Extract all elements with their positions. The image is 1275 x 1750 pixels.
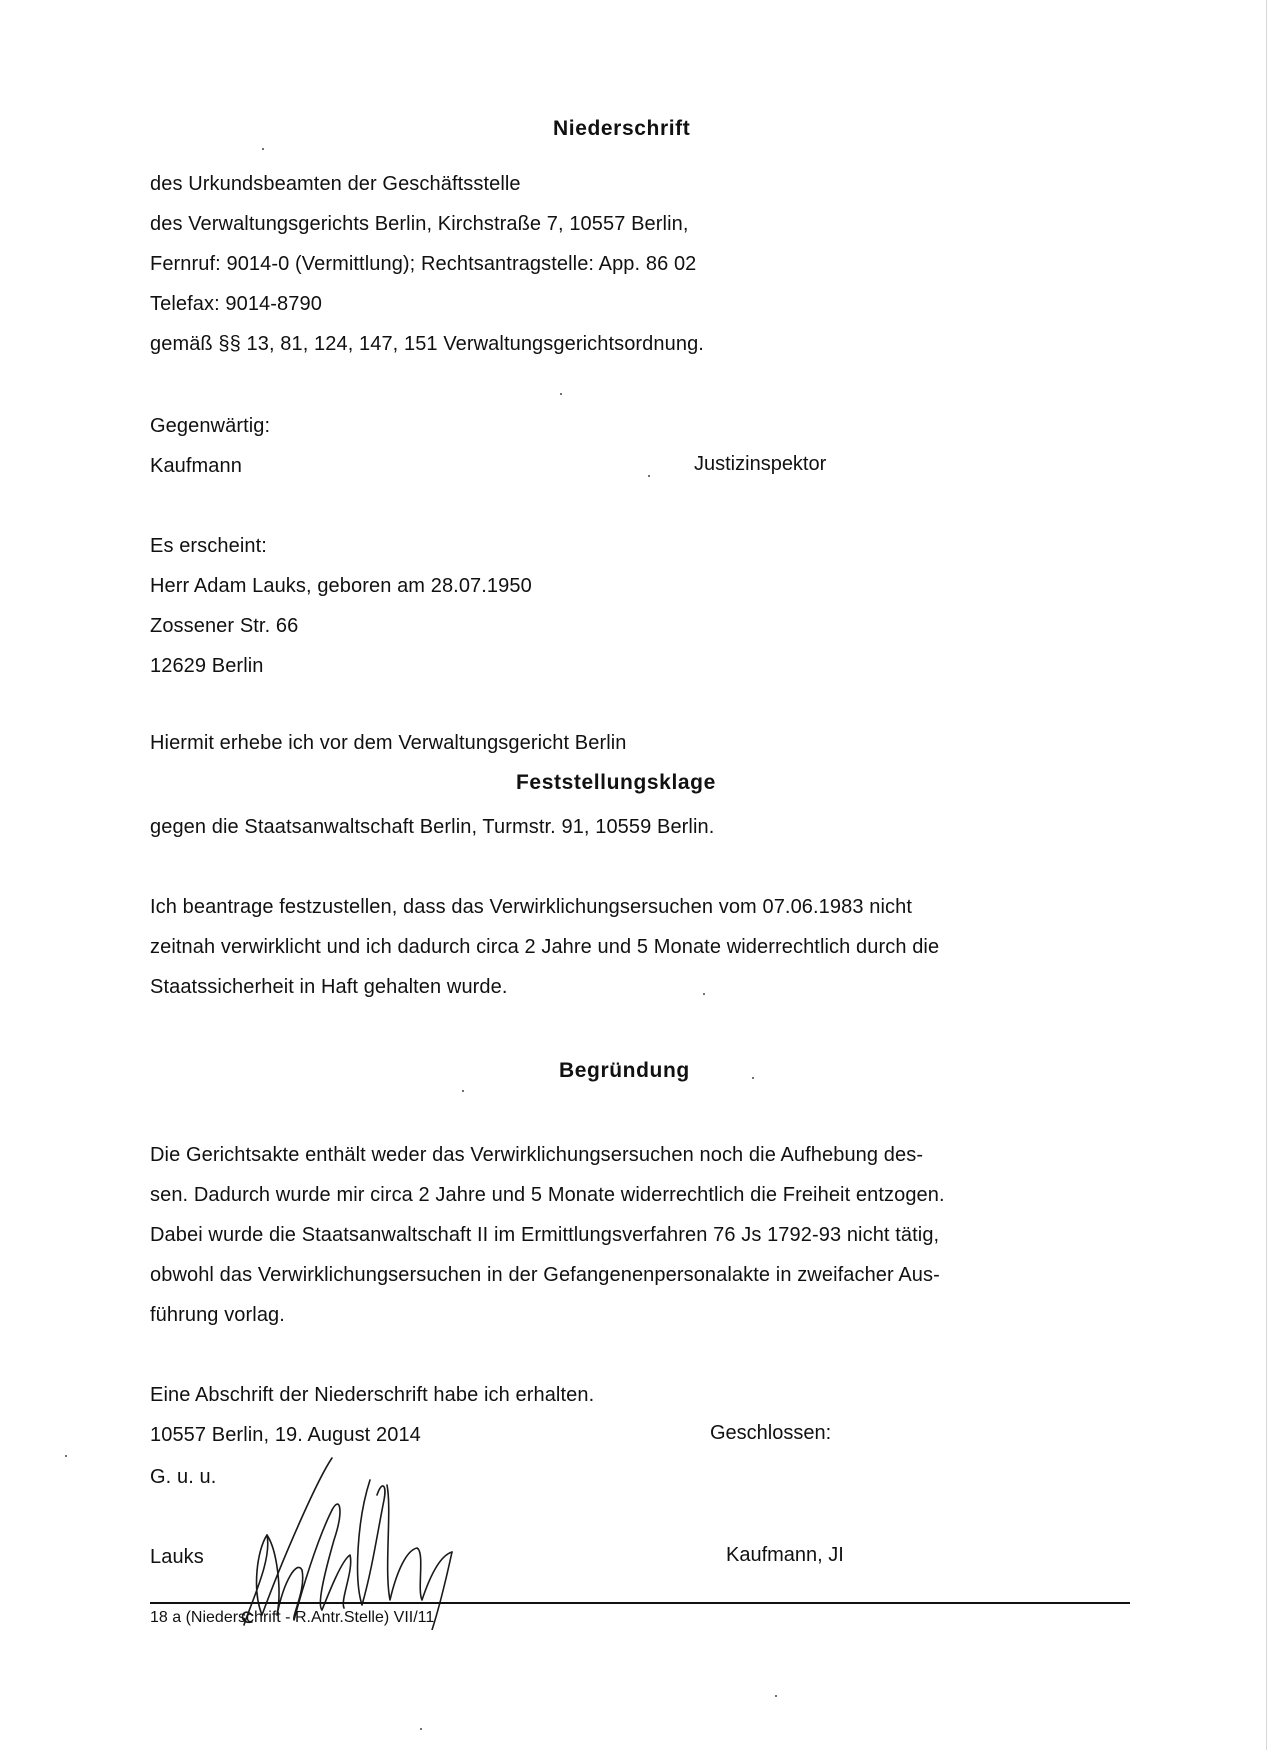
guu-note: G. u. u. bbox=[150, 1465, 216, 1489]
scan-speck bbox=[752, 1077, 754, 1079]
claim-against: gegen die Staatsanwaltschaft Berlin, Tur… bbox=[150, 815, 714, 839]
signer-name: Lauks bbox=[150, 1545, 204, 1569]
scanned-document-page: Niederschrift des Urkundsbeamten der Ges… bbox=[0, 0, 1275, 1750]
scan-edge-line bbox=[1266, 0, 1267, 1750]
appears-person: Herr Adam Lauks, geboren am 28.07.1950 bbox=[150, 574, 532, 598]
scan-speck bbox=[560, 393, 562, 395]
appears-label: Es erscheint: bbox=[150, 534, 267, 558]
scan-speck bbox=[648, 475, 650, 477]
reasoning-line: Die Gerichtsakte enthält weder das Verwi… bbox=[150, 1143, 923, 1167]
header-line: gemäß §§ 13, 81, 124, 147, 151 Verwaltun… bbox=[150, 332, 704, 356]
motion-line: Ich beantrage festzustellen, dass das Ve… bbox=[150, 895, 912, 919]
reasoning-line: sen. Dadurch wurde mir circa 2 Jahre und… bbox=[150, 1183, 945, 1207]
scan-speck bbox=[775, 1695, 777, 1697]
present-name: Kaufmann bbox=[150, 454, 242, 478]
official-name: Kaufmann, JI bbox=[726, 1543, 844, 1567]
receipt-note: Eine Abschrift der Niederschrift habe ic… bbox=[150, 1383, 594, 1407]
claim-type-heading: Feststellungsklage bbox=[516, 770, 716, 796]
header-line: Fernruf: 9014-0 (Vermittlung); Rechtsant… bbox=[150, 252, 696, 276]
present-role: Justizinspektor bbox=[694, 452, 826, 476]
header-line: des Verwaltungsgerichts Berlin, Kirchstr… bbox=[150, 212, 689, 236]
closed-label: Geschlossen: bbox=[710, 1421, 831, 1445]
scan-speck bbox=[65, 1455, 67, 1457]
scan-speck bbox=[262, 148, 264, 150]
header-line: des Urkundsbeamten der Geschäftsstelle bbox=[150, 172, 521, 196]
scan-speck bbox=[420, 1728, 422, 1730]
appears-street: Zossener Str. 66 bbox=[150, 614, 298, 638]
present-label: Gegenwärtig: bbox=[150, 414, 270, 438]
appears-city: 12629 Berlin bbox=[150, 654, 264, 678]
scan-speck bbox=[462, 1090, 464, 1092]
scan-speck bbox=[703, 993, 705, 995]
claim-intro: Hiermit erhebe ich vor dem Verwaltungsge… bbox=[150, 731, 627, 755]
reasoning-line: führung vorlag. bbox=[150, 1303, 285, 1327]
header-line: Telefax: 9014-8790 bbox=[150, 292, 322, 316]
reasoning-line: obwohl das Verwirklichungsersuchen in de… bbox=[150, 1263, 940, 1287]
motion-line: zeitnah verwirklicht und ich dadurch cir… bbox=[150, 935, 939, 959]
form-code: 18 a (Niederschrift - R.Antr.Stelle) VII… bbox=[150, 1608, 434, 1628]
footer-rule bbox=[150, 1602, 1130, 1604]
document-title: Niederschrift bbox=[553, 116, 690, 142]
reasoning-heading: Begründung bbox=[559, 1058, 690, 1084]
motion-line: Staatssicherheit in Haft gehalten wurde. bbox=[150, 975, 508, 999]
reasoning-line: Dabei wurde die Staatsanwaltschaft II im… bbox=[150, 1223, 939, 1247]
